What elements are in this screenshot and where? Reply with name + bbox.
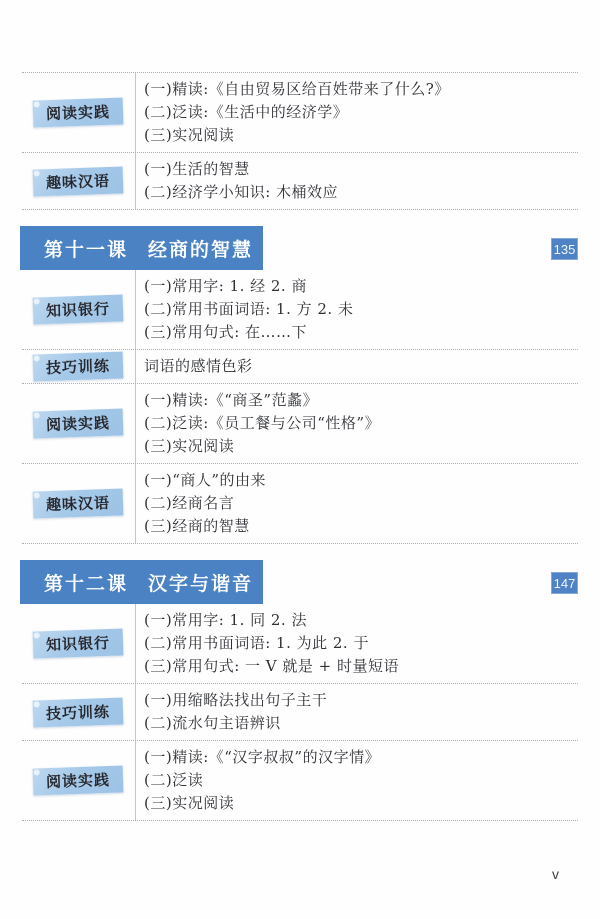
intro-group: 阅读实践 (一)精读:《自由贸易区给百姓带来了什么?》 (二)泛读:《生活中的经… xyxy=(22,72,578,210)
section-label: 阅读实践 xyxy=(46,101,111,124)
toc-item: (一)用缩略法找出句子主干 xyxy=(144,689,578,712)
toc-item: (二)泛读 xyxy=(144,769,578,792)
lesson-12-group: 知识银行 (一)常用字: 1. 同 2. 法 (二)常用书面词语: 1. 为此 … xyxy=(22,604,578,821)
section-row-knowledge-bank: 知识银行 (一)常用字: 1. 同 2. 法 (二)常用书面词语: 1. 为此 … xyxy=(22,604,578,683)
label-column: 技巧训练 xyxy=(22,350,135,383)
toc-item: (二)常用书面词语: 1. 方 2. 未 xyxy=(144,298,578,321)
lesson-title-bar: 第十一课 经商的智慧 xyxy=(20,226,263,270)
section-row-knowledge-bank: 知识银行 (一)常用字: 1. 经 2. 商 (二)常用书面词语: 1. 方 2… xyxy=(22,270,578,349)
item-list: (一)精读:《“汉字叔叔”的汉字情》 (二)泛读 (三)实况阅读 xyxy=(135,741,578,820)
pin-dot-icon xyxy=(34,101,40,107)
toc-item: (二)泛读:《生活中的经济学》 xyxy=(144,101,578,124)
toc-item: (二)常用书面词语: 1. 为此 2. 于 xyxy=(144,632,578,655)
item-list: (一)生活的智慧 (二)经济学小知识: 木桶效应 xyxy=(135,153,578,209)
item-list: (一)精读:《自由贸易区给百姓带来了什么?》 (二)泛读:《生活中的经济学》 (… xyxy=(135,73,578,152)
pin-dot-icon xyxy=(34,298,40,304)
label-column: 知识银行 xyxy=(22,604,135,683)
toc-item: (二)经济学小知识: 木桶效应 xyxy=(144,181,578,204)
toc-item: 词语的感情色彩 xyxy=(144,355,578,378)
section-row-fun-chinese: 趣味汉语 (一)“商人”的由来 (二)经商名言 (三)经商的智慧 xyxy=(22,463,578,543)
section-row-reading-practice: 阅读实践 (一)精读:《“汉字叔叔”的汉字情》 (二)泛读 (三)实况阅读 xyxy=(22,740,578,820)
item-list: (一)精读:《“商圣”范蠡》 (二)泛读:《员工餐与公司“性格”》 (三)实况阅… xyxy=(135,384,578,463)
section-row-skill-training: 技巧训练 (一)用缩略法找出句子主干 (二)流水句主语辨识 xyxy=(22,683,578,740)
section-label: 阅读实践 xyxy=(46,412,111,435)
section-badge: 阅读实践 xyxy=(33,408,124,438)
section-badge: 知识银行 xyxy=(33,294,124,324)
pin-dot-icon xyxy=(34,632,40,638)
item-list: (一)常用字: 1. 经 2. 商 (二)常用书面词语: 1. 方 2. 未 (… xyxy=(135,270,578,349)
toc-item: (三)经商的智慧 xyxy=(144,515,578,538)
lesson-12-header: 第十二课 汉字与谐音 147 xyxy=(22,560,578,604)
label-column: 趣味汉语 xyxy=(22,153,135,209)
item-list: (一)常用字: 1. 同 2. 法 (二)常用书面词语: 1. 为此 2. 于 … xyxy=(135,604,578,683)
section-row-reading-practice: 阅读实践 (一)精读:《自由贸易区给百姓带来了什么?》 (二)泛读:《生活中的经… xyxy=(22,73,578,152)
section-badge: 技巧训练 xyxy=(33,351,124,381)
toc-body: 阅读实践 (一)精读:《自由贸易区给百姓带来了什么?》 (二)泛读:《生活中的经… xyxy=(22,72,578,821)
lesson-number: 第十二课 xyxy=(44,569,128,596)
item-list: (一)用缩略法找出句子主干 (二)流水句主语辨识 xyxy=(135,684,578,740)
label-column: 趣味汉语 xyxy=(22,464,135,543)
item-list: (一)“商人”的由来 (二)经商名言 (三)经商的智慧 xyxy=(135,464,578,543)
toc-page: 阅读实践 (一)精读:《自由贸易区给百姓带来了什么?》 (二)泛读:《生活中的经… xyxy=(0,0,600,919)
toc-item: (一)常用字: 1. 同 2. 法 xyxy=(144,609,578,632)
section-badge: 阅读实践 xyxy=(33,97,124,127)
section-badge: 技巧训练 xyxy=(33,697,124,727)
lesson-number: 第十一课 xyxy=(44,235,128,262)
pin-dot-icon xyxy=(34,355,40,361)
lesson-page-badge: 147 xyxy=(551,572,578,594)
toc-item: (一)精读:《“汉字叔叔”的汉字情》 xyxy=(144,746,578,769)
pin-dot-icon xyxy=(34,769,40,775)
section-badge: 趣味汉语 xyxy=(33,166,124,196)
pin-dot-icon xyxy=(34,170,40,176)
section-badge: 阅读实践 xyxy=(33,765,124,795)
section-row-skill-training: 技巧训练 词语的感情色彩 xyxy=(22,349,578,383)
lesson-title-bar: 第十二课 汉字与谐音 xyxy=(20,560,263,604)
section-label: 趣味汉语 xyxy=(46,169,111,192)
section-label: 趣味汉语 xyxy=(46,492,111,515)
section-label: 知识银行 xyxy=(46,632,111,655)
section-badge: 知识银行 xyxy=(33,628,124,658)
toc-item: (一)常用字: 1. 经 2. 商 xyxy=(144,275,578,298)
toc-item: (一)生活的智慧 xyxy=(144,158,578,181)
toc-item: (三)实况阅读 xyxy=(144,435,578,458)
section-label: 技巧训练 xyxy=(46,355,111,378)
toc-item: (一)精读:《“商圣”范蠡》 xyxy=(144,389,578,412)
section-badge: 趣味汉语 xyxy=(33,488,124,518)
toc-item: (三)实况阅读 xyxy=(144,124,578,147)
pin-dot-icon xyxy=(34,701,40,707)
label-column: 阅读实践 xyxy=(22,73,135,152)
section-label: 技巧训练 xyxy=(46,700,111,723)
lesson-title: 汉字与谐音 xyxy=(148,569,253,596)
section-row-fun-chinese: 趣味汉语 (一)生活的智慧 (二)经济学小知识: 木桶效应 xyxy=(22,152,578,209)
item-list: 词语的感情色彩 xyxy=(135,350,578,383)
pin-dot-icon xyxy=(34,492,40,498)
toc-item: (三)实况阅读 xyxy=(144,792,578,815)
label-column: 阅读实践 xyxy=(22,384,135,463)
page-number: v xyxy=(552,866,559,882)
section-label: 阅读实践 xyxy=(46,769,111,792)
label-column: 技巧训练 xyxy=(22,684,135,740)
lesson-11-header: 第十一课 经商的智慧 135 xyxy=(22,226,578,270)
toc-item: (一)“商人”的由来 xyxy=(144,469,578,492)
label-column: 知识银行 xyxy=(22,270,135,349)
toc-item: (二)泛读:《员工餐与公司“性格”》 xyxy=(144,412,578,435)
pin-dot-icon xyxy=(34,412,40,418)
lesson-title: 经商的智慧 xyxy=(148,235,253,262)
label-column: 阅读实践 xyxy=(22,741,135,820)
toc-item: (三)常用句式: 在……下 xyxy=(144,321,578,344)
lesson-page-badge: 135 xyxy=(551,238,578,260)
section-row-reading-practice: 阅读实践 (一)精读:《“商圣”范蠡》 (二)泛读:《员工餐与公司“性格”》 (… xyxy=(22,383,578,463)
toc-item: (二)经商名言 xyxy=(144,492,578,515)
toc-item: (一)精读:《自由贸易区给百姓带来了什么?》 xyxy=(144,78,578,101)
toc-item: (三)常用句式: 一 V 就是 + 时量短语 xyxy=(144,655,578,678)
section-label: 知识银行 xyxy=(46,298,111,321)
toc-item: (二)流水句主语辨识 xyxy=(144,712,578,735)
lesson-11-group: 知识银行 (一)常用字: 1. 经 2. 商 (二)常用书面词语: 1. 方 2… xyxy=(22,270,578,544)
